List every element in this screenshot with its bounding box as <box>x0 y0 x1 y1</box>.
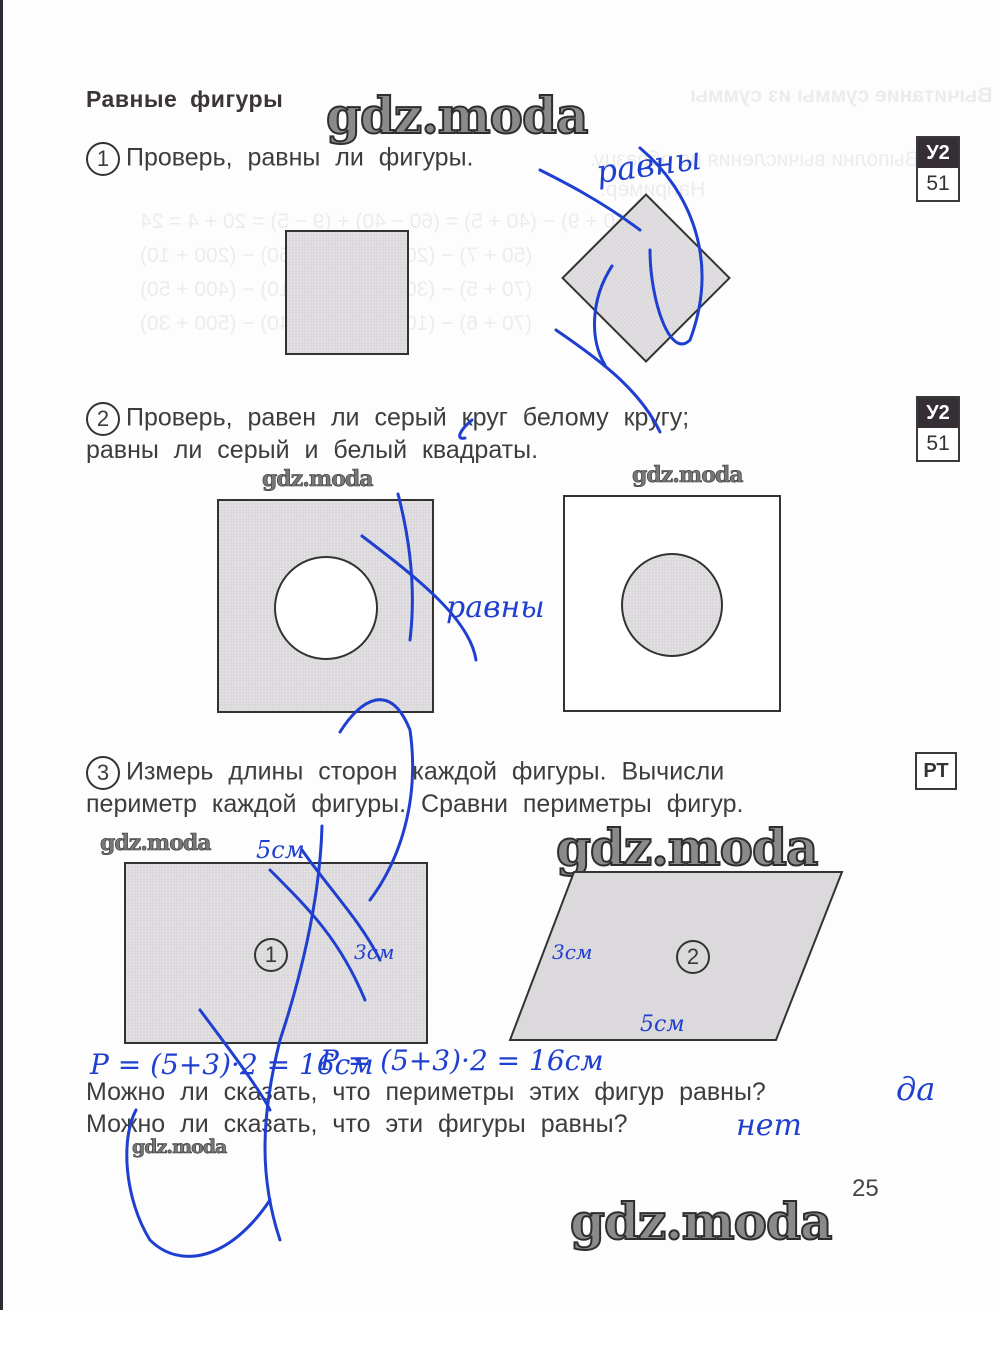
watermark: gdz.moda <box>132 1136 226 1158</box>
page-edge-shadow <box>0 0 3 1310</box>
margin-badge-u2: У2 51 <box>916 136 960 202</box>
watermark: gdz.moda <box>632 462 743 488</box>
task-text: Проверь, равен ли серый круг белому круг… <box>126 404 689 432</box>
watermark: gdz.moda <box>262 466 373 492</box>
task-3-prompt: 3Измерь длины сторон каждой фигуры. Вычи… <box>86 756 724 790</box>
margin-badge-rt: РТ <box>915 752 957 790</box>
handwritten-side-length: 3см <box>354 940 395 964</box>
badge-code: У2 <box>918 398 958 428</box>
page-number: 25 <box>852 1175 879 1203</box>
badge-number: 51 <box>918 428 958 460</box>
white-square-with-gray-circle <box>563 495 781 712</box>
handwritten-answer: нет <box>736 1108 802 1143</box>
task-text: периметр каждой фигуры. Сравни периметры… <box>86 790 743 819</box>
handwritten-perimeter: P = (5+3)·2 = 16см <box>320 1044 604 1077</box>
question-perimeters-equal: Можно ли сказать, что периметры этих фиг… <box>86 1078 766 1107</box>
task-number-badge: 3 <box>86 756 120 790</box>
task-number-badge: 2 <box>86 402 120 436</box>
bleed-through-heading: Вычитание суммы из суммы <box>690 84 992 108</box>
task-number-badge: 1 <box>86 142 120 176</box>
badge-number: 51 <box>918 168 958 200</box>
task-text: равны ли серый и белый квадраты. <box>86 436 538 465</box>
handwritten-side-length: 5см <box>256 836 305 864</box>
handwritten-side-length: 3см <box>552 940 593 964</box>
task-2-prompt: 2Проверь, равен ли серый круг белому кру… <box>86 402 689 436</box>
handwritten-answer: равны <box>446 590 545 625</box>
handwritten-side-length: 5см <box>640 1012 685 1037</box>
task-text: Проверь, равны ли фигуры. <box>126 144 474 172</box>
gray-square-figure <box>285 230 409 355</box>
handwritten-answer: да <box>896 1070 935 1108</box>
figure-label: 1 <box>254 938 288 972</box>
white-circle <box>274 556 378 660</box>
gray-square-with-white-circle <box>217 499 434 713</box>
task-text: Измерь длины сторон каждой фигуры. Вычис… <box>126 758 724 786</box>
gray-circle <box>621 553 723 657</box>
watermark: gdz.moda <box>556 818 817 877</box>
task-1-prompt: 1Проверь, равны ли фигуры. <box>86 142 474 176</box>
figure-label: 2 <box>676 940 710 974</box>
watermark: gdz.moda <box>326 86 587 145</box>
section-title: Равные фигуры <box>86 86 283 113</box>
margin-badge-u2: У2 51 <box>916 396 960 462</box>
watermark: gdz.moda <box>100 830 211 856</box>
watermark: gdz.moda <box>570 1192 831 1251</box>
badge-code: У2 <box>918 138 958 168</box>
workbook-page: Вычитание суммы из суммы Выполни вычисле… <box>0 0 1000 1310</box>
question-figures-equal: Можно ли сказать, что эти фигуры равны? <box>86 1110 627 1139</box>
